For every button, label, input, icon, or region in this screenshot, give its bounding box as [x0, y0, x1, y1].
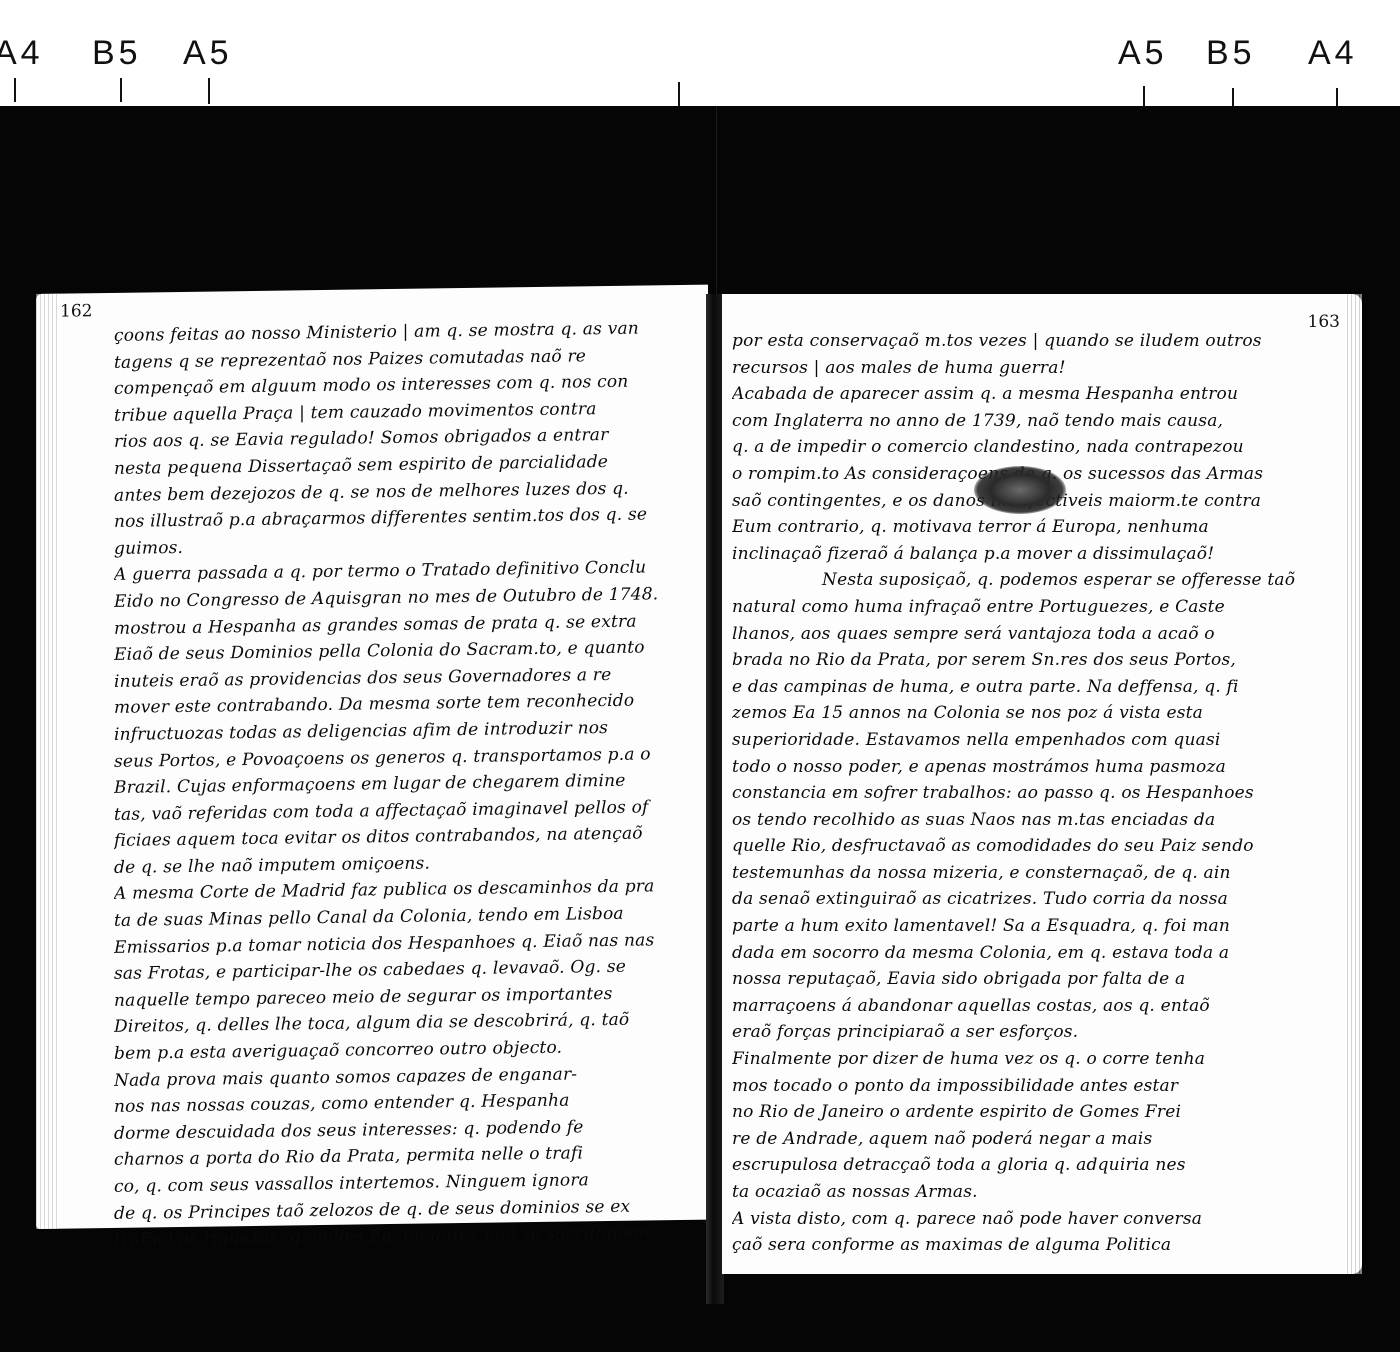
- paragraph-first-line: Finalmente por dizer de huma vez os q. o…: [732, 1046, 1337, 1073]
- text-line: escrupulosa detracçaõ toda a gloria q. a…: [732, 1152, 1337, 1179]
- scale-tick-b5-left: [120, 78, 122, 102]
- text-line: Eum contrario, q. motivava terror á Euro…: [732, 514, 1337, 541]
- scale-tick-b5-right: [1232, 88, 1234, 108]
- text-line: re de Andrade, aquem naõ poderá negar a …: [732, 1126, 1337, 1153]
- scale-label-a4-left: A4: [0, 36, 44, 70]
- ink-blot-stain: [974, 466, 1066, 514]
- text-line: ta ocaziaõ as nossas Armas.: [732, 1179, 1337, 1206]
- scale-label-a4-right: A4: [1308, 36, 1358, 70]
- text-line: quelle Rio, desfructavaõ as comodidades …: [732, 833, 1337, 860]
- text-line: testemunhas da nossa mizeria, e constern…: [732, 860, 1337, 887]
- text-line: todo o nosso poder, e apenas mostrámos h…: [732, 754, 1337, 781]
- text-line: e das campinas de huma, e outra parte. N…: [732, 674, 1337, 701]
- scale-label-b5-left: B5: [92, 36, 142, 70]
- text-line: nossa reputaçaõ, Eavia sido obrigada por…: [732, 966, 1337, 993]
- text-line: inclinaçaõ fizeraõ á balança p.a mover a…: [732, 541, 1337, 568]
- scale-tick-a5-right: [1143, 86, 1145, 106]
- binding-shadow-line: [716, 106, 717, 296]
- manuscript-page-left: 162 çoons feitas ao nosso Ministerio | a…: [36, 285, 708, 1229]
- paragraph-first-line: Acabada de aparecer assim q. a mesma Hes…: [732, 381, 1337, 408]
- paragraph-first-line: Nesta suposiçaõ, q. podemos esperar se o…: [732, 567, 1337, 594]
- text-line: constancia em sofrer trabalhos: ao passo…: [732, 780, 1337, 807]
- text-line: natural como huma infraçaõ entre Portugu…: [732, 594, 1337, 621]
- text-line: çaõ sera conforme as maximas de alguma P…: [732, 1232, 1337, 1259]
- text-line: superioridade. Estavamos nella empenhado…: [732, 727, 1337, 754]
- text-line: da senaõ extinguiraõ as cicatrizes. Tudo…: [732, 886, 1337, 913]
- scale-tick-a5-left: [208, 78, 210, 104]
- text-line: zemos Ea 15 annos na Colonia se nos poz …: [732, 700, 1337, 727]
- text-line: os tendo recolhido as suas Naos nas m.ta…: [732, 807, 1337, 834]
- scale-label-a5-left: A5: [183, 36, 233, 70]
- text-line: brada no Rio da Prata, por serem Sn.res …: [732, 647, 1337, 674]
- manuscript-page-right: 163 por esta conservaçaõ m.tos vezes | q…: [722, 294, 1362, 1274]
- page-number-left: 162: [60, 301, 92, 321]
- text-line: por esta conservaçaõ m.tos vezes | quand…: [732, 328, 1337, 355]
- handwritten-text-left: çoons feitas ao nosso Ministerio | am q.…: [114, 315, 704, 1254]
- text-line: mos tocado o ponto da impossibilidade an…: [732, 1073, 1337, 1100]
- scale-label-b5-right: B5: [1206, 36, 1256, 70]
- text-line: com Inglaterra no anno de 1739, naõ tend…: [732, 408, 1337, 435]
- scale-tick-a4-right: [1336, 88, 1338, 108]
- text-line: parte a hum exito lamentavel! Sa a Esqua…: [732, 913, 1337, 940]
- scale-tick-a4-left: [14, 78, 16, 102]
- text-line: recursos | aos males de huma guerra!: [732, 355, 1337, 382]
- scale-tick-center: [678, 82, 680, 106]
- text-line: eraõ forças principiaraõ a ser esforços.: [732, 1019, 1337, 1046]
- text-line: q. a de impedir o comercio clandestino, …: [732, 434, 1337, 461]
- text-line: marraçoens á abandonar aquellas costas, …: [732, 993, 1337, 1020]
- text-line: dada em socorro da mesma Colonia, em q. …: [732, 940, 1337, 967]
- size-scale-strip: A4 B5 A5 A5 B5 A4: [0, 0, 1400, 106]
- scale-label-a5-right: A5: [1118, 36, 1168, 70]
- paragraph-first-line: A vista disto, com q. parece naõ pode ha…: [732, 1206, 1337, 1233]
- text-line: no Rio de Janeiro o ardente espirito de …: [732, 1099, 1337, 1126]
- text-line: lhanos, aos quaes sempre será vantajoza …: [732, 621, 1337, 648]
